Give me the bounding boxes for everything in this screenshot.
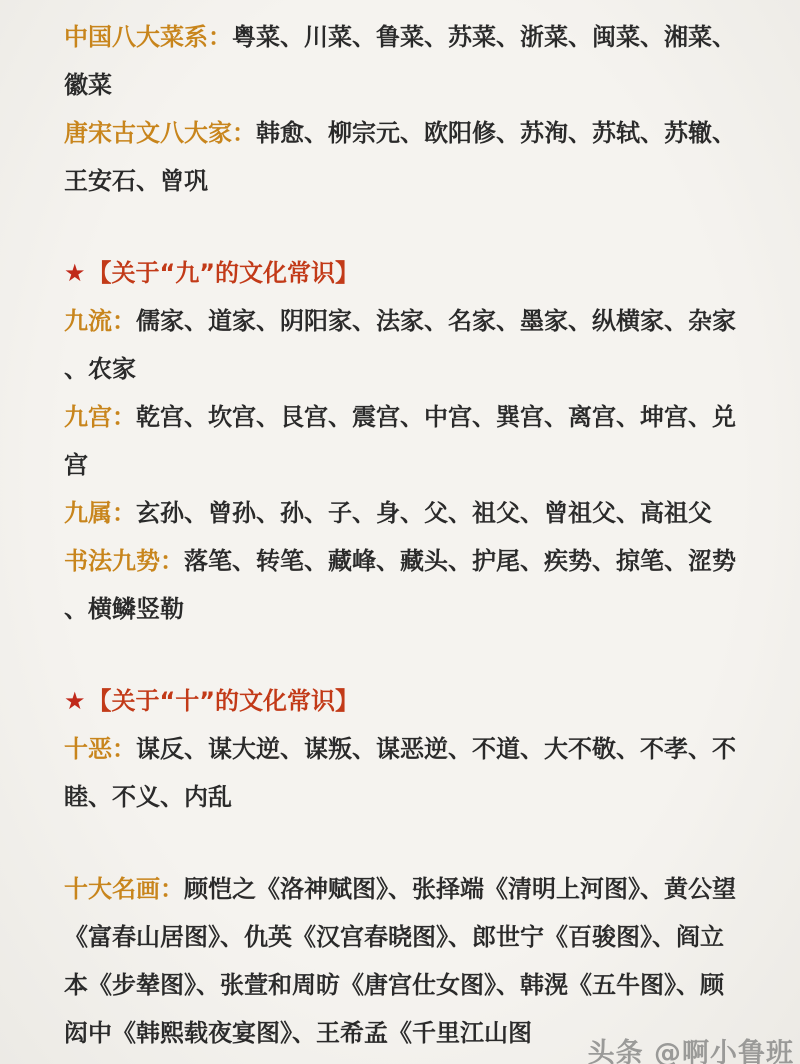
- star-icon: ★: [64, 259, 86, 287]
- toutiao-watermark: 头条 @啊小鲁班: [588, 1031, 794, 1064]
- entry-term: 九属：: [64, 499, 136, 527]
- section-header-nine: ★【关于“九”的文化常识】: [64, 249, 744, 297]
- section-header-ten: ★【关于“十”的文化常识】: [64, 677, 744, 725]
- entry-content: 儒家、道家、阴阳家、法家、名家、墨家、纵横家、杂家、农家: [64, 307, 736, 383]
- entry-ten-abominations: 十恶：谋反、谋大逆、谋叛、谋恶逆、不道、大不敬、不孝、不睦、不义、内乱: [64, 725, 744, 821]
- entry-nine-palaces: 九宫：乾宫、坎宫、艮宫、震宫、中宫、巽宫、离宫、坤宫、兑宫: [64, 393, 744, 489]
- entry-term: 十大名画：: [64, 875, 184, 903]
- entry-term: 九宫：: [64, 403, 136, 431]
- document-content: 中国八大菜系：粤菜、川菜、鲁菜、苏菜、浙菜、闽菜、湘菜、徽菜 唐宋古文八大家：韩…: [0, 0, 800, 1057]
- entry-eight-prose-masters: 唐宋古文八大家：韩愈、柳宗元、欧阳修、苏洵、苏轼、苏辙、王安石、曾巩: [64, 109, 744, 205]
- document-page: 中国八大菜系：粤菜、川菜、鲁菜、苏菜、浙菜、闽菜、湘菜、徽菜 唐宋古文八大家：韩…: [0, 0, 800, 1064]
- entry-nine-calligraphy-forces: 书法九势：落笔、转笔、藏峰、藏头、护尾、疾势、掠笔、涩势、横鳞竖勒: [64, 537, 744, 633]
- entry-content: 玄孙、曾孙、孙、子、身、父、祖父、曾祖父、高祖父: [136, 499, 712, 527]
- entry-nine-schools: 九流：儒家、道家、阴阳家、法家、名家、墨家、纵横家、杂家、农家: [64, 297, 744, 393]
- entry-content: 谋反、谋大逆、谋叛、谋恶逆、不道、大不敬、不孝、不睦、不义、内乱: [64, 735, 736, 811]
- section-header-text: 【关于“九”的文化常识】: [88, 259, 360, 287]
- entry-eight-cuisines: 中国八大菜系：粤菜、川菜、鲁菜、苏菜、浙菜、闽菜、湘菜、徽菜: [64, 13, 744, 109]
- star-icon: ★: [64, 687, 86, 715]
- entry-term: 十恶：: [64, 735, 136, 763]
- entry-ten-famous-paintings: 十大名画：顾恺之《洛神赋图》、张择端《清明上河图》、黄公望《富春山居图》、仇英《…: [64, 865, 744, 1057]
- entry-nine-kinships: 九属：玄孙、曾孙、孙、子、身、父、祖父、曾祖父、高祖父: [64, 489, 744, 537]
- entry-term: 中国八大菜系：: [64, 23, 232, 51]
- entry-term: 九流：: [64, 307, 136, 335]
- entry-content: 乾宫、坎宫、艮宫、震宫、中宫、巽宫、离宫、坤宫、兑宫: [64, 403, 736, 479]
- entry-term: 书法九势：: [64, 547, 184, 575]
- section-header-text: 【关于“十”的文化常识】: [88, 687, 360, 715]
- entry-term: 唐宋古文八大家：: [64, 119, 256, 147]
